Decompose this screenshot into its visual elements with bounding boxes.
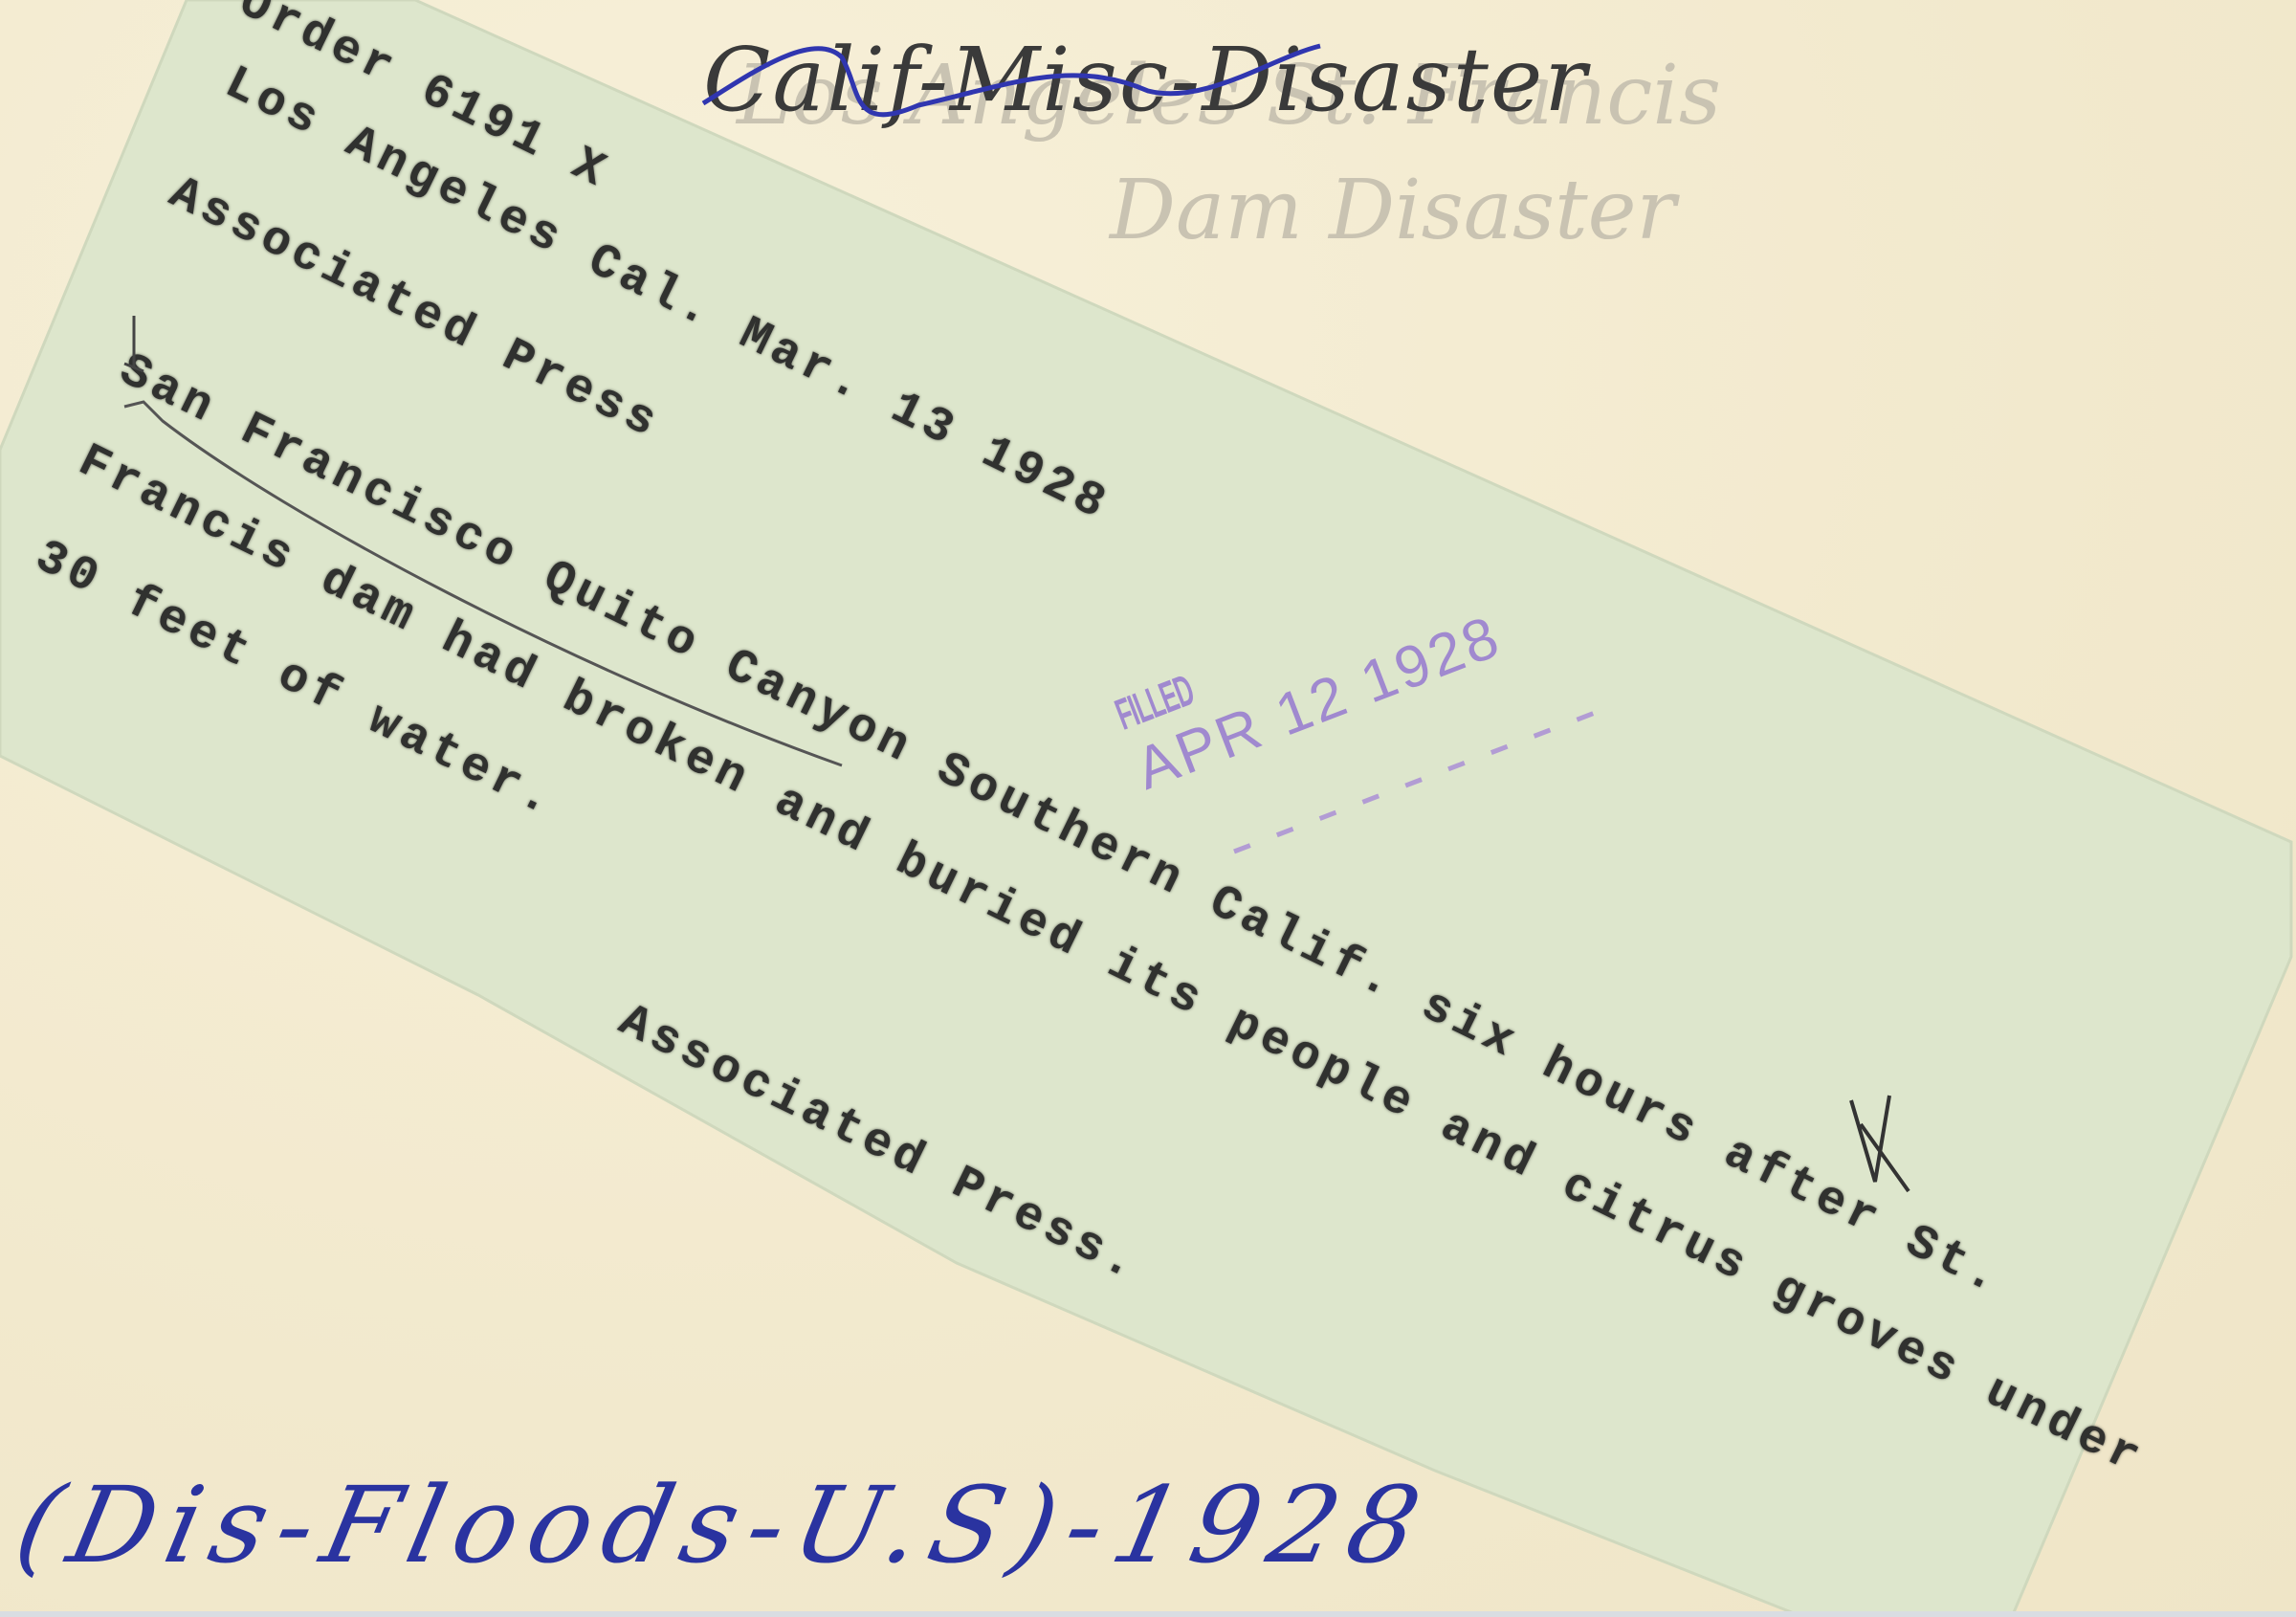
- blue-strikethrough-line: [703, 46, 1320, 115]
- stamp-dash-line: [1234, 708, 1607, 852]
- pencil-x-mark-icon: [1851, 1096, 1909, 1191]
- page-bottom-edge: [0, 1611, 2296, 1617]
- annotation-marks: [0, 0, 2296, 1617]
- blue-ink-catalog-note: (Dis-Floods-U.S)-1928: [6, 1464, 1441, 1586]
- pencil-check-mark-icon: [124, 316, 143, 371]
- pencil-underline: [124, 402, 842, 765]
